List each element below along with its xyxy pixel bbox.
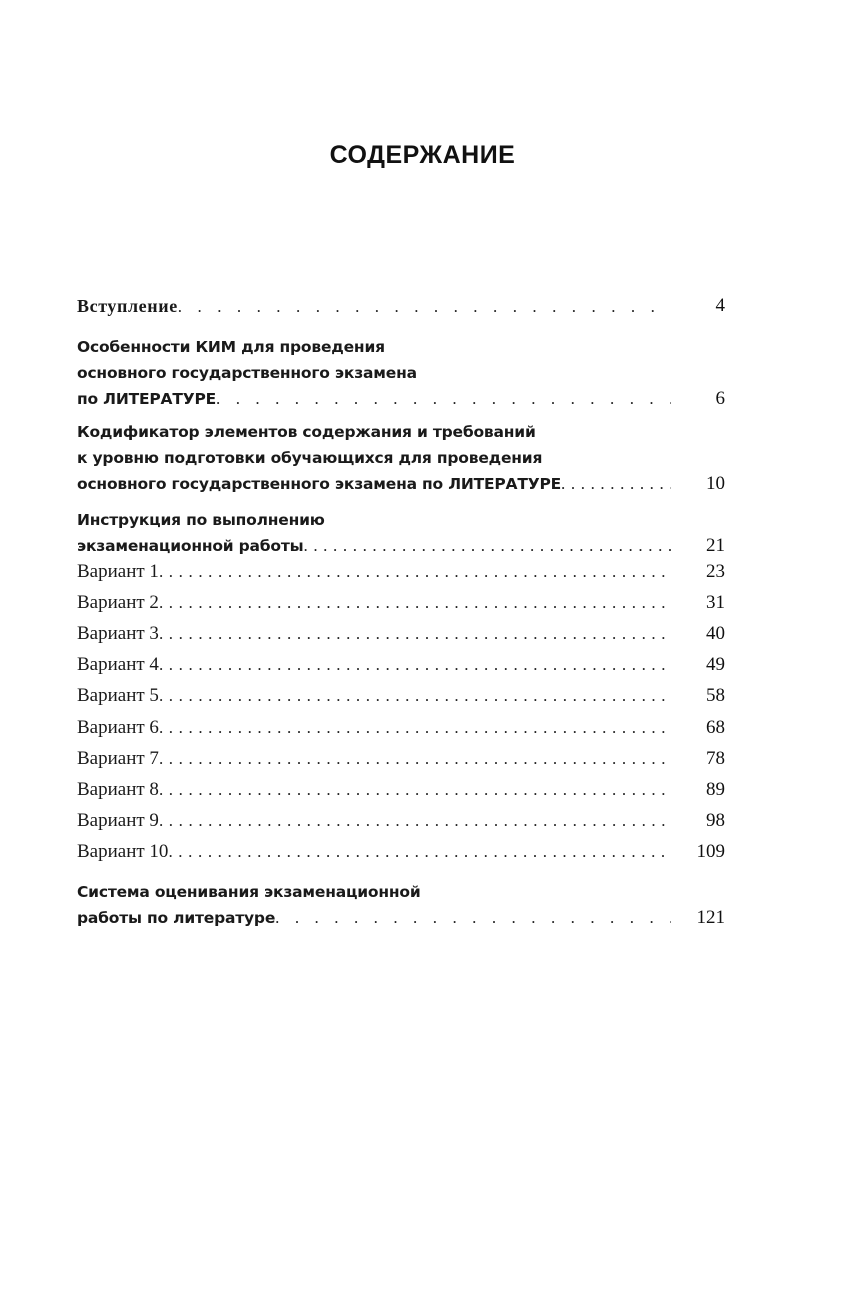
dot-leader — [275, 905, 671, 931]
dot-leader — [159, 715, 671, 741]
toc-entry-title-line: Система оценивания экзаменационной — [77, 879, 725, 905]
toc-entry-variant[interactable]: Вариант 123 — [77, 559, 725, 585]
toc-page-number: 40 — [706, 621, 725, 647]
dot-leader — [159, 683, 671, 709]
dot-leader — [178, 294, 671, 320]
toc-entry-title-line: экзаменационной работы — [77, 533, 303, 559]
dot-leader — [168, 839, 671, 865]
toc-entry-title: Вариант 5 — [77, 683, 159, 709]
toc-entry-title: Вариант 6 — [77, 715, 159, 741]
dot-leader — [159, 808, 671, 834]
toc-entry-title: Вариант 9 — [77, 808, 159, 834]
toc-entry-variant[interactable]: Вариант 889 — [77, 777, 725, 803]
page-title: СОДЕРЖАНИЕ — [0, 141, 845, 170]
dot-leader — [159, 621, 671, 647]
toc-page-number: 89 — [706, 777, 725, 803]
toc-entry-title: Вариант 3 — [77, 621, 159, 647]
toc-entry-variant[interactable]: Вариант 558 — [77, 683, 725, 709]
toc-entry-title: Вариант 7 — [77, 746, 159, 772]
toc-entry-title-line: к уровню подготовки обучающихся для пров… — [77, 445, 725, 471]
toc-entry-title-line: основного государственного экзамена по Л… — [77, 471, 561, 497]
toc-entry-title-line: Инструкция по выполнению — [77, 507, 725, 533]
dot-leader — [159, 777, 671, 803]
toc-entry-title-line: Кодификатор элементов содержания и требо… — [77, 419, 725, 445]
toc-entry-variant[interactable]: Вариант 10109 — [77, 839, 725, 865]
toc-entry-title: Вариант 4 — [77, 652, 159, 678]
toc-entry-variant[interactable]: Вариант 340 — [77, 621, 725, 647]
toc-page-number: 21 — [706, 533, 725, 559]
toc-entry-intro[interactable]: Вступление 4 — [77, 293, 725, 319]
toc-page-number: 23 — [706, 559, 725, 585]
toc-entry-title: Вариант 10 — [77, 839, 168, 865]
toc-page-number: 49 — [706, 652, 725, 678]
toc-entry-instruction[interactable]: Инструкция по выполнению экзаменационной… — [77, 507, 725, 559]
toc-entry-kim-features[interactable]: Особенности КИМ для проведения основного… — [77, 334, 725, 412]
toc-page-number: 58 — [706, 683, 725, 709]
toc-entry-codifier[interactable]: Кодификатор элементов содержания и требо… — [77, 419, 725, 497]
toc-page-number: 6 — [716, 386, 726, 412]
toc-page-number: 121 — [697, 905, 726, 931]
toc-entry-variant[interactable]: Вариант 778 — [77, 746, 725, 772]
toc-entry-title: Вступление — [77, 293, 178, 319]
dot-leader — [303, 533, 671, 559]
dot-leader — [159, 590, 671, 616]
toc-page-number: 10 — [706, 471, 725, 497]
dot-leader — [561, 471, 671, 497]
dot-leader — [216, 386, 671, 412]
toc-entry-variant[interactable]: Вариант 449 — [77, 652, 725, 678]
toc-entry-variant[interactable]: Вариант 231 — [77, 590, 725, 616]
toc-page-number: 68 — [706, 715, 725, 741]
dot-leader — [159, 746, 671, 772]
toc-entry-title-line: основного государственного экзамена — [77, 360, 725, 386]
toc-page-number: 4 — [716, 293, 726, 319]
toc-entry-variant[interactable]: Вариант 998 — [77, 808, 725, 834]
dot-leader — [159, 652, 671, 678]
toc-page-number: 109 — [697, 839, 726, 865]
toc-entry-title-line: работы по литературе — [77, 905, 275, 931]
toc-entry-title-line: Особенности КИМ для проведения — [77, 334, 725, 360]
toc-entry-title: Вариант 1 — [77, 559, 159, 585]
toc-entry-title: Вариант 8 — [77, 777, 159, 803]
toc-page-number: 78 — [706, 746, 725, 772]
toc-entry-title-line: по ЛИТЕРАТУРЕ — [77, 386, 216, 412]
toc-page-number: 98 — [706, 808, 725, 834]
dot-leader — [159, 559, 671, 585]
toc-page-number: 31 — [706, 590, 725, 616]
toc-entry-grading[interactable]: Система оценивания экзаменационной работ… — [77, 879, 725, 931]
toc-entry-variant[interactable]: Вариант 668 — [77, 715, 725, 741]
toc-entry-title: Вариант 2 — [77, 590, 159, 616]
